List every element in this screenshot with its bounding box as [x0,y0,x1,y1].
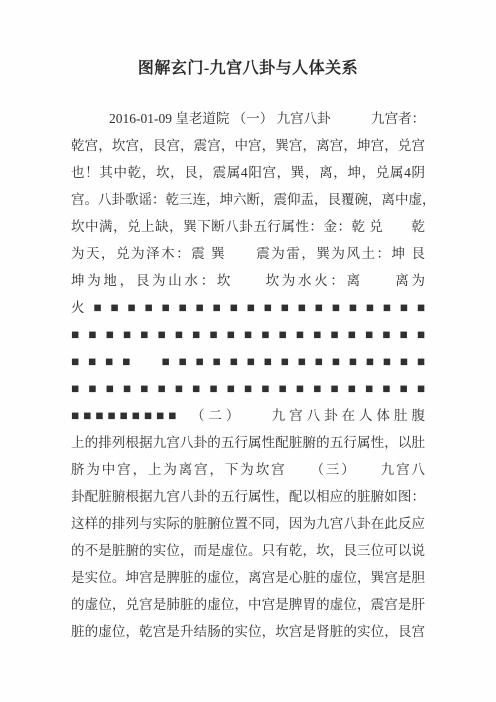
redacted-block-line: ■■■■■■■■■ （二） 九宫八卦在人体肚腹 [71,402,425,429]
text-line: 脐为中宫，上为离宫，下为坎宫 （三） 九宫八 [71,456,425,483]
text-line: 脏的虚位，乾宫是升结肠的实位，坎宫是肾脏的实位，艮宫 [71,618,425,645]
text-line: 卦配脏腑根据九宫八卦的五行属性，配以相应的脏腑如图： [71,483,425,510]
text-line: 也！其中乾，坎，艮，震属4阳宫，巽，离，坤，兑属4阴 [71,159,425,186]
document-title: 图解玄门-九宫八卦与人体关系 [0,58,496,80]
text-line: 乾宫，坎宫，艮宫，震宫，中宫，巽宫，离宫，坤宫，兑宫 [71,132,425,159]
text-line: 这样的排列与实际的脏腑位置不同，因为九宫八卦在此反应 [71,510,425,537]
redacted-block-line: ■■■■■■■■■■■■■■■■■■■■■ [71,321,425,348]
document-page: 图解玄门-九宫八卦与人体关系 2016-01-09 皇老道院 （一） 九宫八卦 … [0,0,496,702]
text-line: 的不是脏腑的实位，而是虚位。只有乾，坎，艮三位可以说 [71,537,425,564]
text-line: 宫。八卦歌谣：乾三连，坤六断，震仰盂，艮覆碗，离中虚， [71,186,425,213]
text-line: 坎中满，兑上缺，巽下断八卦五行属性：金：乾 兑 乾 [71,213,425,240]
text-line: 是实位。坤宫是脾脏的虚位，离宫是心脏的虚位，巽宫是胆 [71,564,425,591]
text-line: 坤为地，艮为山水：坎 坎为水火：离 离为 [71,267,425,294]
text-line: 的虚位，兑宫是肺脏的虚位，中宫是脾胃的虚位，震宫是肝 [71,591,425,618]
redacted-block-line: 火■■■■■■■■■■■■■■■■■■■■ [71,294,425,321]
text-line: 2016-01-09 皇老道院 （一） 九宫八卦 九宫者： [71,105,425,132]
redacted-block-line: ■■■■■■■■■■■■■■■■■■■■■ [71,375,425,402]
text-line: 上的排列根据九宫八卦的五行属性配脏腑的五行属性，以肚 [71,429,425,456]
document-body: 2016-01-09 皇老道院 （一） 九宫八卦 九宫者： 乾宫，坎宫，艮宫，震… [71,105,425,645]
redacted-block-line: ■■■■ ■■■■■■■■■■■■■■■■ [71,348,425,375]
text-line: 为天，兑为泽木：震 巽 震为雷，巽为风土：坤 艮 [71,240,425,267]
